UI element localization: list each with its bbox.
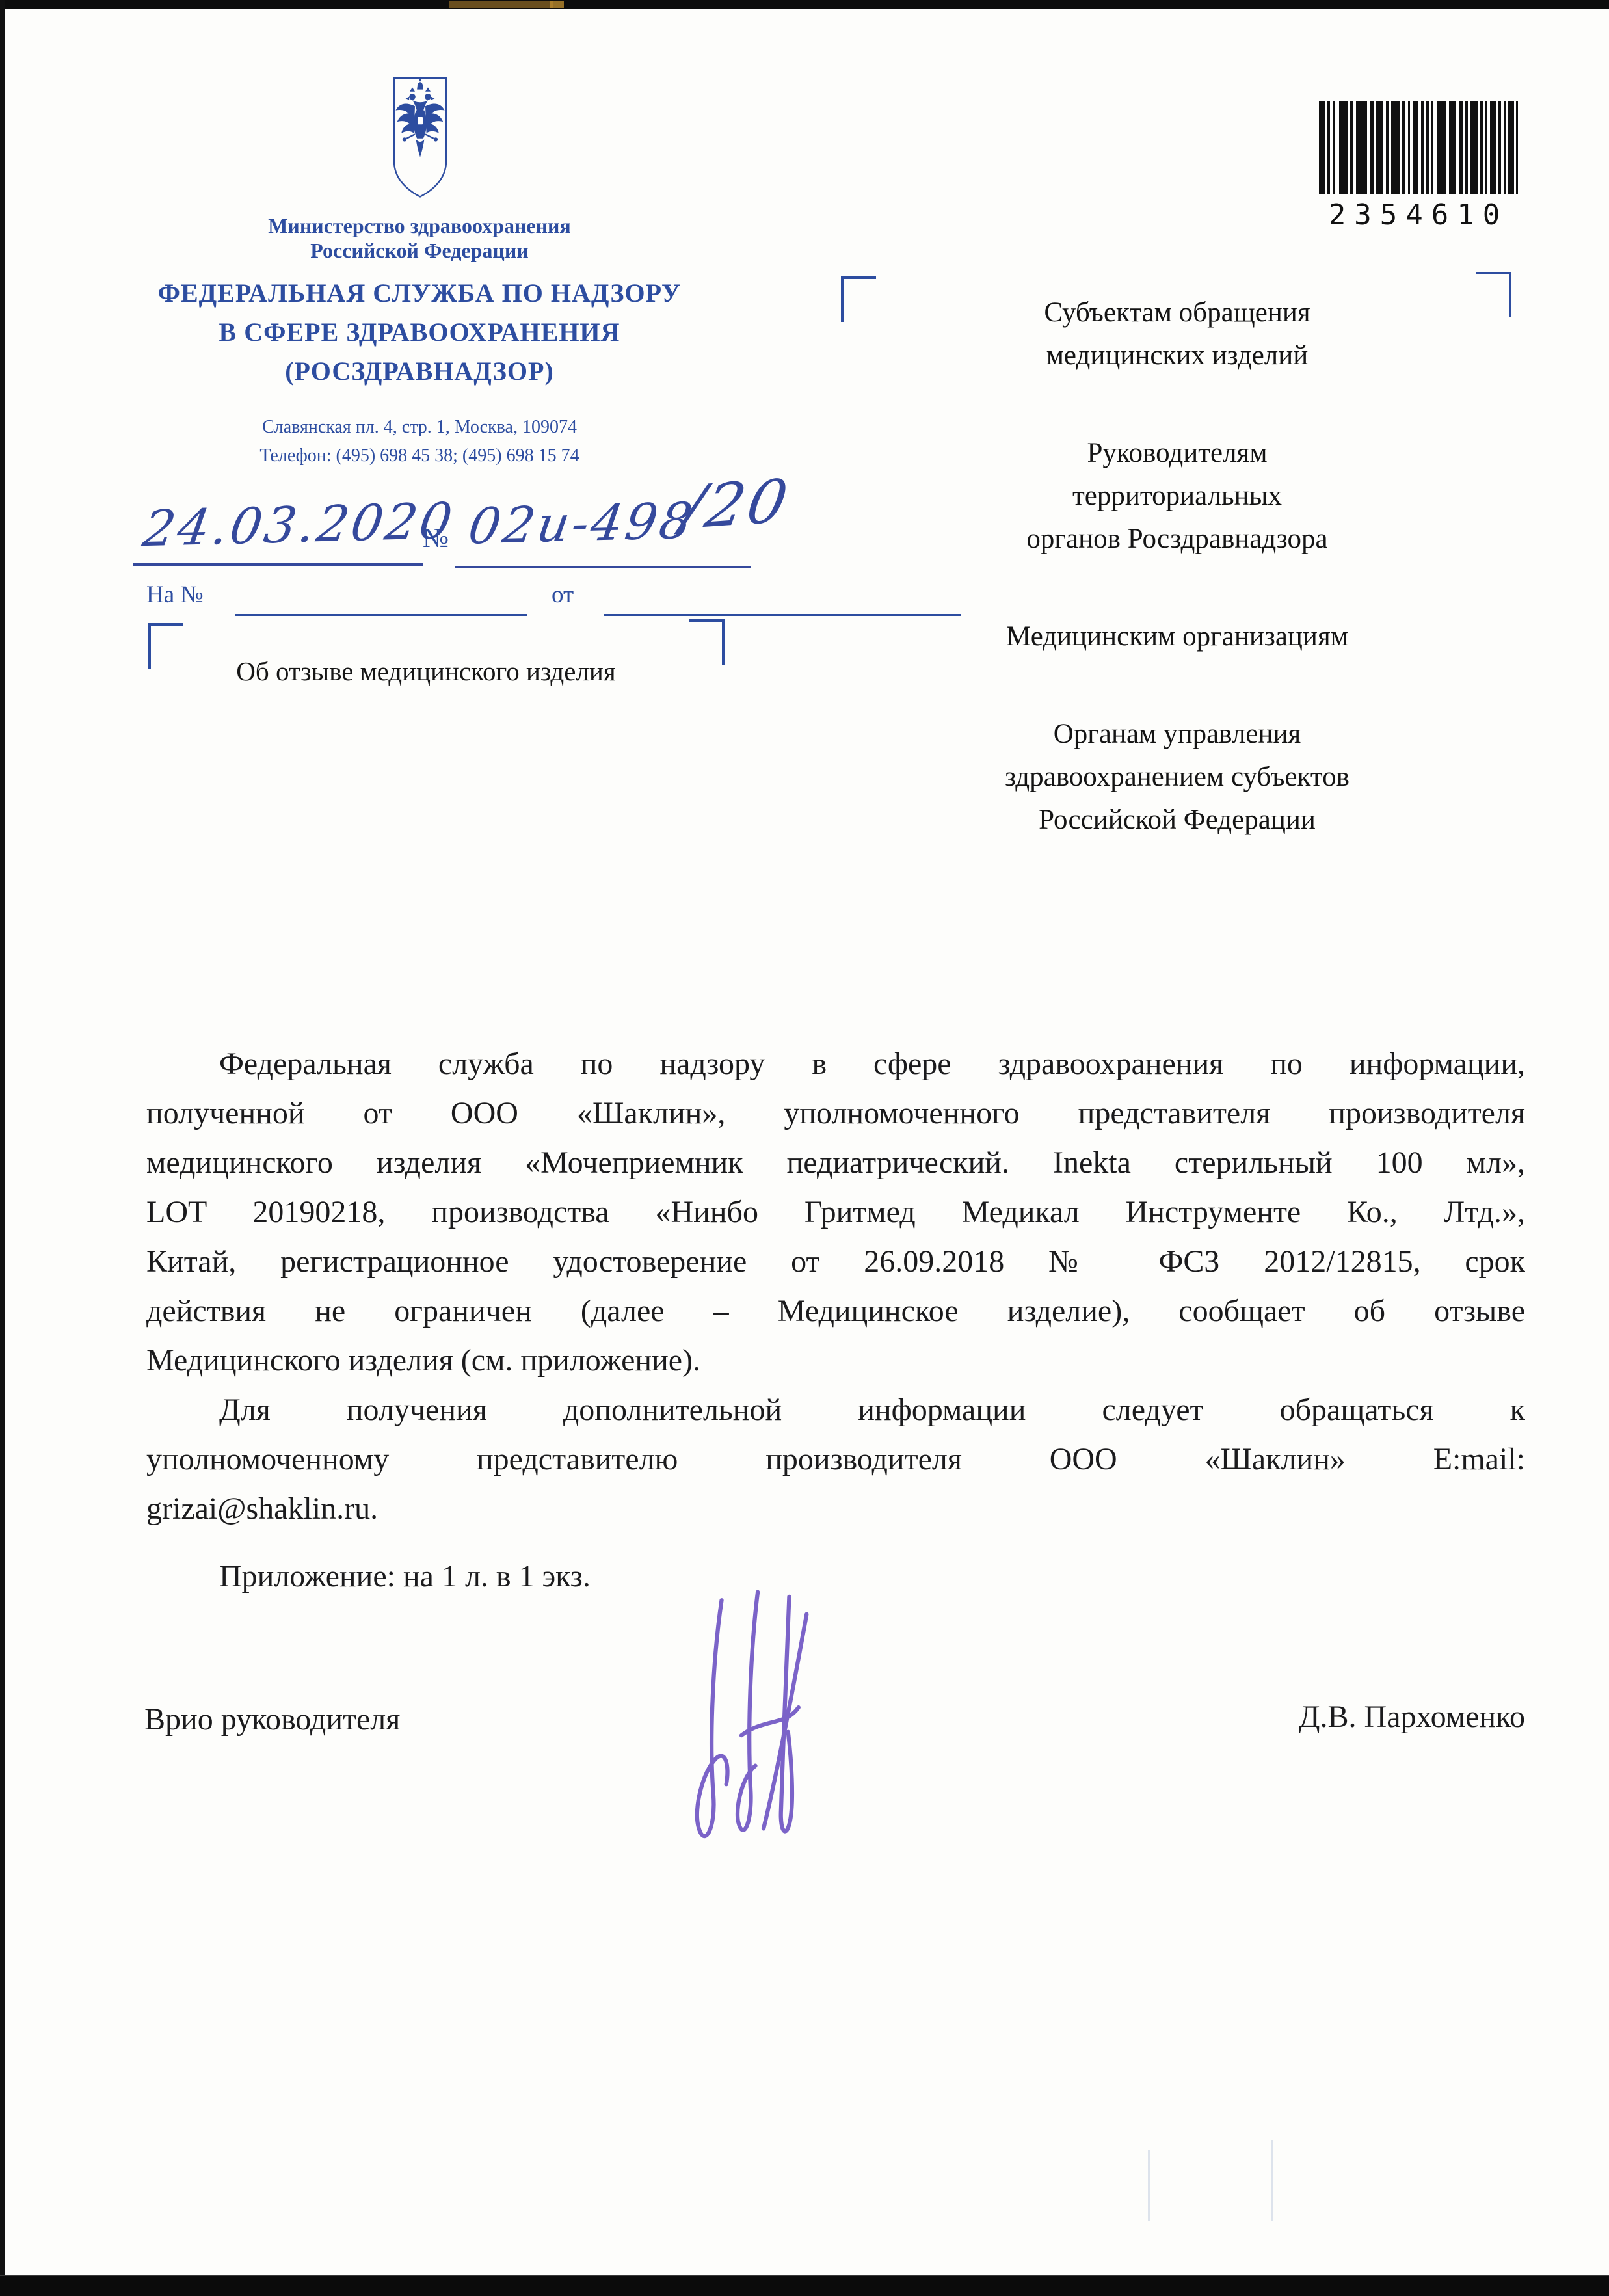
double-headed-eagle-icon	[389, 75, 451, 200]
addressee-line: Медицинским организациям	[832, 615, 1522, 658]
attachment-note: Приложение: на 1 л. в 1 экз.	[146, 1552, 1525, 1601]
addressee-list: Субъектам обращения медицинских изделий …	[832, 291, 1522, 842]
registration-barcode: 2354610	[1319, 101, 1518, 232]
signer-position: Врио руководителя	[144, 1702, 400, 1737]
reply-from-label: от	[552, 581, 574, 609]
service-name-line2: В СФЕРЕ ЗДРАВООХРАНЕНИЯ	[127, 317, 712, 347]
addressee-item: Медицинским организациям	[832, 615, 1522, 658]
letterhead-phone: Телефон: (495) 698 45 38; (495) 698 15 7…	[127, 445, 712, 467]
body-line: уполномоченному представителю производит…	[146, 1435, 1525, 1484]
body-line: LOT 20190218, производства «Нинбо Гритме…	[146, 1188, 1525, 1237]
addressee-line: медицинских изделий	[832, 334, 1522, 377]
scan-line-artifact	[1148, 2150, 1150, 2221]
letter-body: Федеральная служба по надзору в сфере зд…	[146, 1039, 1525, 1601]
body-line: медицинского изделия «Мочеприемник педиа…	[146, 1138, 1525, 1188]
addressee-line: территориальных	[832, 475, 1522, 518]
addressee-line: Органам управления	[832, 713, 1522, 756]
tape-dot	[550, 1, 564, 8]
scan-edge-top	[0, 0, 1609, 9]
scanned-letter-page: Министерство здравоохранения Российской …	[0, 0, 1609, 2296]
body-line: Федеральная служба по надзору в сфере зд…	[146, 1039, 1525, 1089]
reply-number-label: На №	[146, 581, 204, 609]
barcode-number: 2354610	[1319, 198, 1518, 232]
service-name-line3: (РОСЗДРАВНАДЗОР)	[127, 356, 712, 386]
handwritten-signature-icon	[654, 1579, 829, 1859]
letterhead-address: Славянская пл. 4, стр. 1, Москва, 109074	[127, 416, 712, 438]
ministry-name-line2: Российской Федерации	[127, 238, 712, 263]
addressee-line: здравоохранением субъектов	[832, 756, 1522, 799]
barcode-icon	[1319, 101, 1518, 194]
addressee-item: Субъектам обращения медицинских изделий	[832, 291, 1522, 377]
scan-edge-bottom	[0, 2275, 1609, 2296]
body-line: действия не ограничен (далее – Медицинск…	[146, 1287, 1525, 1336]
subject-line: Об отзыве медицинского изделия	[156, 656, 696, 687]
number-sign: №	[423, 523, 449, 554]
body-line: Китай, регистрационное удостоверение от …	[146, 1237, 1525, 1287]
coat-of-arms-emblem	[389, 75, 451, 204]
addressee-item: Органам управления здравоохранением субъ…	[832, 713, 1522, 842]
scan-edge-left	[0, 0, 5, 2296]
body-line: Медицинского изделия (см. приложение).	[146, 1336, 1525, 1385]
service-name-line1: ФЕДЕРАЛЬНАЯ СЛУЖБА ПО НАДЗОРУ	[127, 278, 712, 308]
addressee-item: Руководителям территориальных органов Ро…	[832, 432, 1522, 561]
date-underline	[133, 563, 423, 566]
signer-name: Д.В. Пархоменко	[1106, 1699, 1525, 1735]
number-underline	[455, 566, 751, 568]
addressee-line: Руководителям	[832, 432, 1522, 475]
addressee-line: органов Росздравнадзора	[832, 518, 1522, 561]
body-line: Для получения дополнительной информации …	[146, 1385, 1525, 1435]
handwritten-number: 02и-498	[465, 492, 698, 555]
handwritten-date: 24.03.2020	[139, 492, 459, 557]
scan-line-artifact	[1271, 2140, 1273, 2221]
signature-scribble	[654, 1579, 829, 1862]
addressee-line: Субъектам обращения	[832, 291, 1522, 334]
handwritten-number-suffix: /20	[677, 466, 795, 543]
addressee-line: Российской Федерации	[832, 799, 1522, 842]
tape-smudge	[449, 1, 553, 8]
reply-number-blank	[235, 614, 527, 616]
body-line-email: grizai@shaklin.ru.	[146, 1484, 1525, 1534]
ministry-name-line1: Министерство здравоохранения	[127, 213, 712, 238]
body-line: полученной от ООО «Шаклин», уполномоченн…	[146, 1089, 1525, 1138]
